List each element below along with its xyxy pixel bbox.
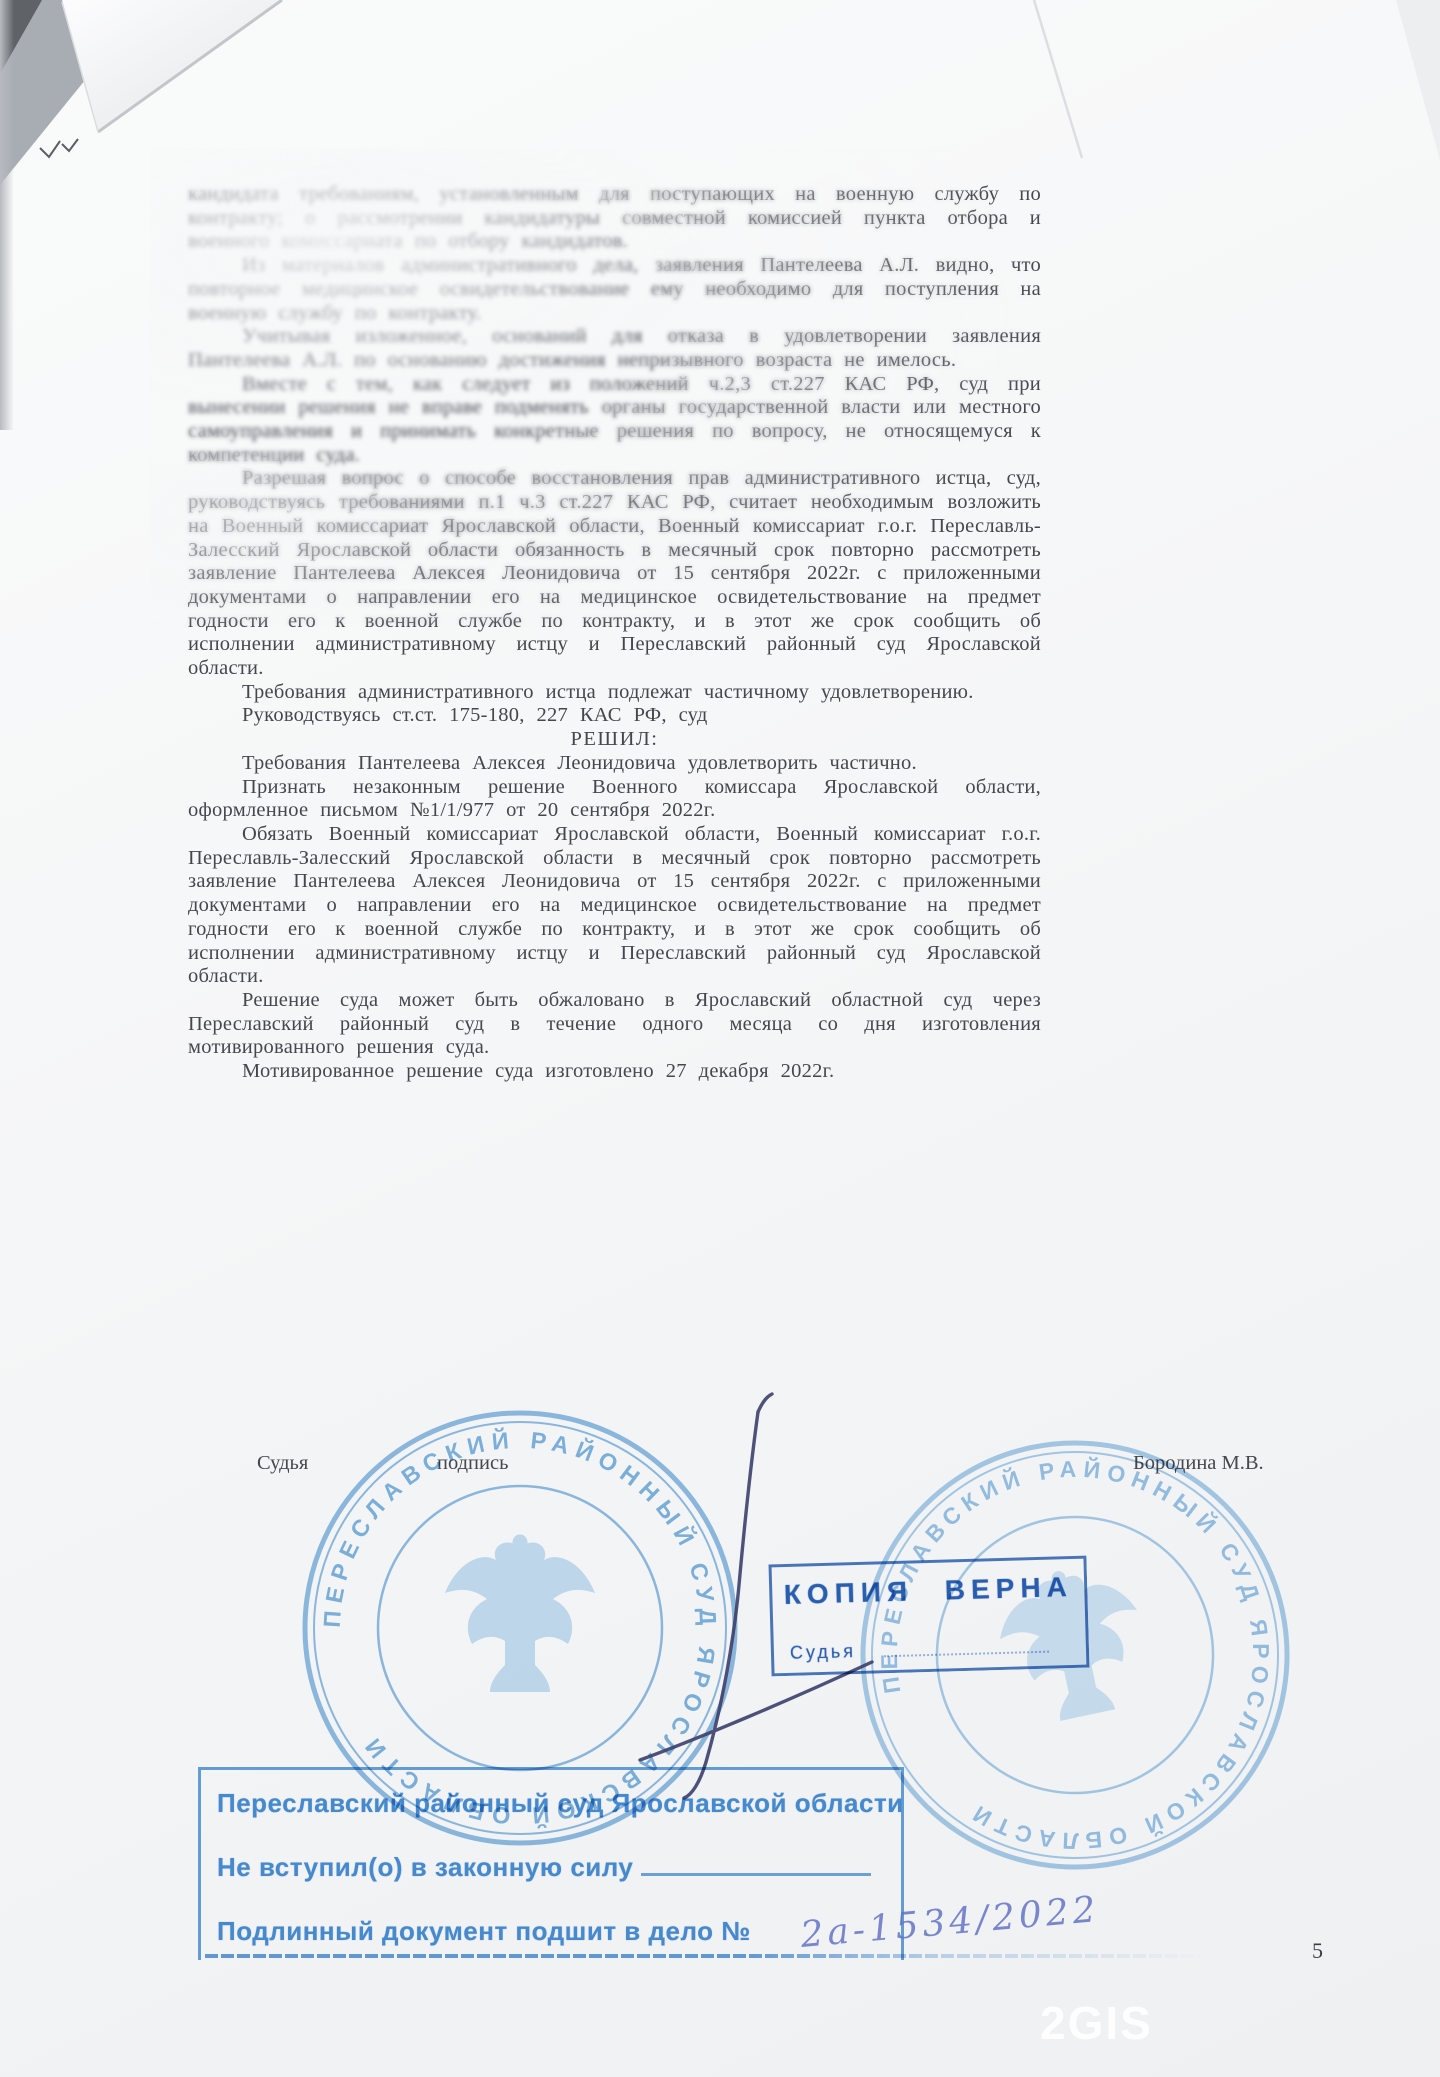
- paragraph-continuation: кандидата требованиям, установленным для…: [188, 183, 1041, 254]
- paragraph: Решение суда может быть обжаловано в Яро…: [188, 989, 1041, 1060]
- paragraph: Учитывая изложенное, оснований для отказ…: [188, 325, 1041, 372]
- copy-verified-stamp: КОПИЯ ВЕРНА Судья: [768, 1556, 1089, 1677]
- judge-label: Судья: [257, 1452, 308, 1475]
- entry-stamp-not-in-force: Не вступил(о) в законную силу: [217, 1852, 871, 1883]
- copy-stamp-judge-label: Судья: [790, 1641, 857, 1664]
- paragraph: Мотивированное решение суда изготовлено …: [188, 1060, 1041, 1084]
- scanner-background-corner: [0, 0, 150, 185]
- dark-scan-corner: [0, 0, 42, 74]
- paragraph: Требования Пантелеева Алексея Леонидович…: [188, 752, 1041, 776]
- paragraph: Вместе с тем, как следует из положений ч…: [188, 373, 1041, 468]
- fold-crease-line-2: [62, 2, 98, 132]
- top-right-shade: [1396, 0, 1440, 160]
- entry-stamp-court-name: Переславский районный суд Ярославской об…: [217, 1788, 904, 1819]
- resolution-heading: РЕШИЛ:: [188, 728, 1041, 752]
- judge-name: Бородина М.В.: [1133, 1452, 1264, 1475]
- paragraph: Руководствуясь ст.ст. 175-180, 227 КАС Р…: [188, 704, 1041, 728]
- copy-stamp-signature-line: [884, 1651, 1049, 1658]
- signature-row: Судья подпись Бородина М.В.: [0, 1452, 1440, 1482]
- decision-text-block: кандидата требованиям, установленным для…: [188, 183, 1041, 1084]
- entry-stamp-filed-label: Подлинный документ подшит в дело №: [217, 1916, 751, 1947]
- entry-stamp-blank-line: [641, 1873, 871, 1876]
- entry-stamp-bottom-border: [205, 1954, 1245, 1958]
- paragraph: Обязать Военный комиссариат Ярославской …: [188, 823, 1041, 989]
- left-scan-edge: [0, 0, 14, 430]
- top-right-crease: [1034, 0, 1082, 158]
- paragraph: Признать незаконным решение Военного ком…: [188, 776, 1041, 823]
- copy-stamp-title: КОПИЯ ВЕРНА: [772, 1571, 1085, 1612]
- paragraph: Из материалов административного дела, за…: [188, 254, 1041, 325]
- entry-into-force-stamp: Переславский районный суд Ярославской об…: [198, 1767, 904, 1960]
- paragraph: Разрешая вопрос о способе восстановления…: [188, 467, 1041, 680]
- paragraph: Требования административного истца подле…: [188, 681, 1041, 705]
- folded-page-corner: [62, 0, 282, 132]
- 2gis-watermark-logo: 2GIS: [1040, 1996, 1153, 2050]
- pen-check-marks: [40, 139, 78, 157]
- fold-crease-line: [98, 0, 282, 132]
- signature-placeholder: подпись: [437, 1452, 508, 1475]
- scanned-court-decision-page: кандидата требованиям, установленным для…: [0, 0, 1440, 2077]
- coat-of-arms-eagle: [445, 1535, 595, 1693]
- page-number: 5: [1312, 1938, 1323, 1964]
